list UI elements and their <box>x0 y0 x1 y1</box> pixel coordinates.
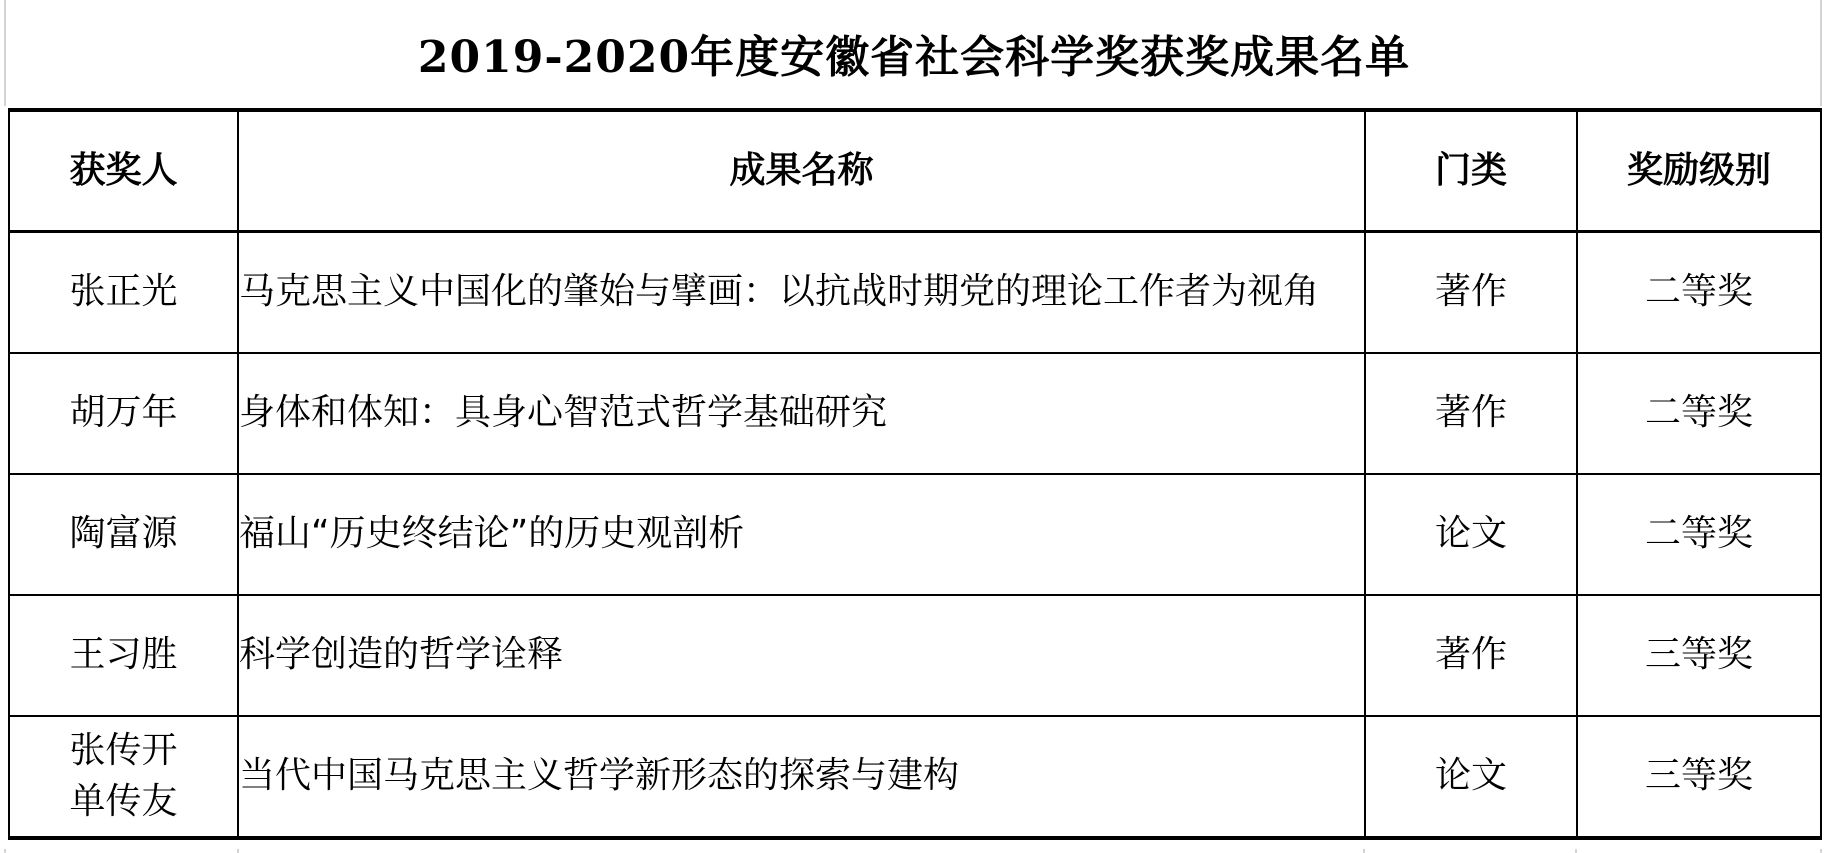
winner-cell: 陶富源 <box>9 474 238 595</box>
awards-table: 获奖人 成果名称 门类 奖励级别 张正光 马克思主义中国化的肇始与擘画：以抗战时… <box>8 108 1822 840</box>
category-cell: 论文 <box>1365 716 1577 838</box>
col-header-winner: 获奖人 <box>9 110 238 232</box>
work-cell: 马克思主义中国化的肇始与擘画：以抗战时期党的理论工作者为视角 <box>238 232 1365 354</box>
winner-cell: 胡万年 <box>9 353 238 474</box>
work-cell: 科学创造的哲学诠释 <box>238 595 1365 716</box>
winner-cell: 张正光 <box>9 232 238 354</box>
col-header-level: 奖励级别 <box>1577 110 1821 232</box>
level-cell: 二等奖 <box>1577 353 1821 474</box>
category-cell: 著作 <box>1365 595 1577 716</box>
level-cell: 三等奖 <box>1577 595 1821 716</box>
category-cell: 著作 <box>1365 232 1577 354</box>
work-cell: 当代中国马克思主义哲学新形态的探索与建构 <box>238 716 1365 838</box>
level-cell: 二等奖 <box>1577 232 1821 354</box>
col-header-work: 成果名称 <box>238 110 1365 232</box>
bottom-stub-line <box>1820 849 1822 853</box>
level-cell: 二等奖 <box>1577 474 1821 595</box>
table-row: 胡万年 身体和体知：具身心智范式哲学基础研究 著作 二等奖 <box>9 353 1821 474</box>
bottom-stub-line <box>1363 849 1365 853</box>
bottom-stub-line <box>1575 849 1577 853</box>
table-row: 陶富源 福山“历史终结论”的历史观剖析 论文 二等奖 <box>9 474 1821 595</box>
level-cell: 三等奖 <box>1577 716 1821 838</box>
header-row: 获奖人 成果名称 门类 奖励级别 <box>9 110 1821 232</box>
document-page: 2019-2020年度安徽省社会科学奖获奖成果名单 获奖人 成果名称 门类 奖励… <box>0 0 1828 853</box>
winner-cell: 王习胜 <box>9 595 238 716</box>
table-row: 张正光 马克思主义中国化的肇始与擘画：以抗战时期党的理论工作者为视角 著作 二等… <box>9 232 1821 354</box>
category-cell: 论文 <box>1365 474 1577 595</box>
winner-cell: 张传开 单传友 <box>9 716 238 838</box>
col-header-category: 门类 <box>1365 110 1577 232</box>
bottom-stub-line <box>237 849 239 853</box>
work-cell: 福山“历史终结论”的历史观剖析 <box>238 474 1365 595</box>
table-row: 王习胜 科学创造的哲学诠释 著作 三等奖 <box>9 595 1821 716</box>
work-cell: 身体和体知：具身心智范式哲学基础研究 <box>238 353 1365 474</box>
bottom-stub-line <box>4 849 6 853</box>
category-cell: 著作 <box>1365 353 1577 474</box>
title-area: 2019-2020年度安徽省社会科学奖获奖成果名单 <box>0 0 1828 106</box>
page-title: 2019-2020年度安徽省社会科学奖获奖成果名单 <box>418 21 1410 85</box>
table-row: 张传开 单传友 当代中国马克思主义哲学新形态的探索与建构 论文 三等奖 <box>9 716 1821 838</box>
